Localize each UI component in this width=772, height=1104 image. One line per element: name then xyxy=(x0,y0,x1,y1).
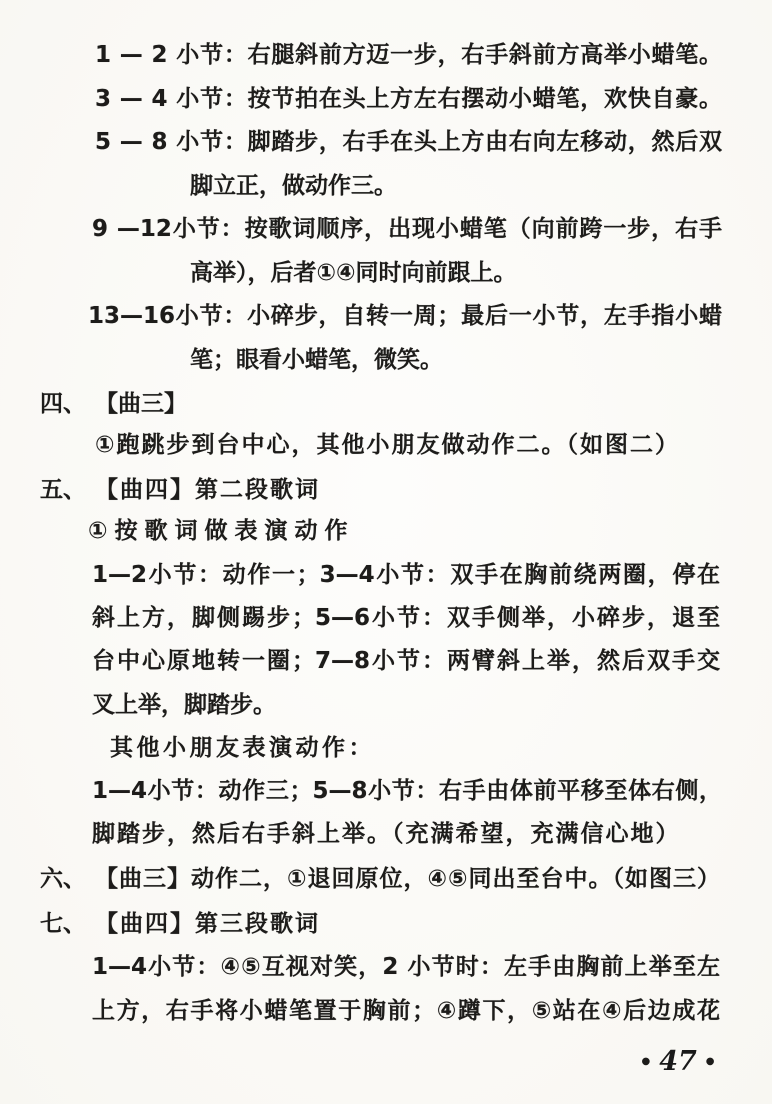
ornament-icon: ● xyxy=(706,1057,715,1067)
page-number: ● 47 ● xyxy=(628,1046,728,1077)
section-heading-4: 四、【曲三】 xyxy=(40,389,187,419)
section-heading-5: 五、【曲四】第二段歌词 xyxy=(40,475,320,505)
section-5-others-measures-2: 脚踏步，然后右手斜上举。（充满希望，充满信心地） xyxy=(92,819,681,849)
section-5-measures-4: 叉上举，脚踏步。 xyxy=(92,690,276,720)
section-4-step-1: ①跑跳步到台中心，其他小朋友做动作二。（如图二） xyxy=(95,430,680,460)
section-5-others-measures-1: 1—4小节：动作三；5—8小节：右手由体前平移至体右侧， xyxy=(92,776,722,806)
section-7-measures-1: 1—4小节：④⑤互视对笑，2 小节时：左手由胸前上举至左 xyxy=(92,952,720,982)
measure-line-5-8-cont: 脚立正，做动作三。 xyxy=(190,171,397,201)
measure-line-9-12-cont: 高举），后者①④同时向前跟上。 xyxy=(190,258,516,288)
ornament-icon: ● xyxy=(641,1057,650,1067)
measure-line-1-2: 1 — 2 小节：右腿斜前方迈一步，右手斜前方高举小蜡笔。 xyxy=(95,40,722,70)
page-number-value: 47 xyxy=(659,1046,697,1077)
section-5-subheading: 其他小朋友表演动作： xyxy=(110,733,375,763)
section-number: 七、 xyxy=(40,909,95,939)
section-5-measures-2: 斜上方，脚侧踢步；5—6小节：双手侧举，小碎步，退至 xyxy=(92,603,720,633)
section-6-text: 【曲三】动作二，①退回原位，④⑤同出至台中。（如图三） xyxy=(95,864,720,894)
section-heading-7: 七、【曲四】第三段歌词 xyxy=(40,909,320,939)
section-title: 【曲四】第三段歌词 xyxy=(95,911,320,937)
measure-line-9-12: 9 —12小节：按歌词顺序，出现小蜡笔（向前跨一步，右手 xyxy=(92,214,722,244)
section-number: 六、 xyxy=(40,864,95,894)
measure-line-13-16: 13—16小节：小碎步，自转一周；最后一小节，左手指小蜡 xyxy=(88,301,722,331)
measure-line-13-16-cont: 笔；眼看小蜡笔，微笑。 xyxy=(190,345,443,375)
section-heading-6: 六、【曲三】动作二，①退回原位，④⑤同出至台中。（如图三） xyxy=(40,864,720,894)
section-title: 【曲四】第二段歌词 xyxy=(95,477,320,503)
section-7-measures-2: 上方，右手将小蜡笔置于胸前；④蹲下，⑤站在④后边成花 xyxy=(92,996,720,1026)
section-title: 【曲三】 xyxy=(95,391,187,417)
section-number: 五、 xyxy=(40,475,95,505)
section-number: 四、 xyxy=(40,389,95,419)
measure-line-3-4: 3 — 4 小节：按节拍在头上方左右摆动小蜡笔，欢快自豪。 xyxy=(95,84,722,114)
section-5-measures-3: 台中心原地转一圈；7—8小节：两臂斜上举，然后双手交 xyxy=(92,646,720,676)
section-5-measures-1: 1—2小节：动作一；3—4小节：双手在胸前绕两圈，停在 xyxy=(92,560,720,590)
measure-line-5-8: 5 — 8 小节：脚踏步，右手在头上方由右向左移动，然后双 xyxy=(95,127,722,157)
section-5-step-1: ①按歌词做表演动作 xyxy=(88,516,354,546)
